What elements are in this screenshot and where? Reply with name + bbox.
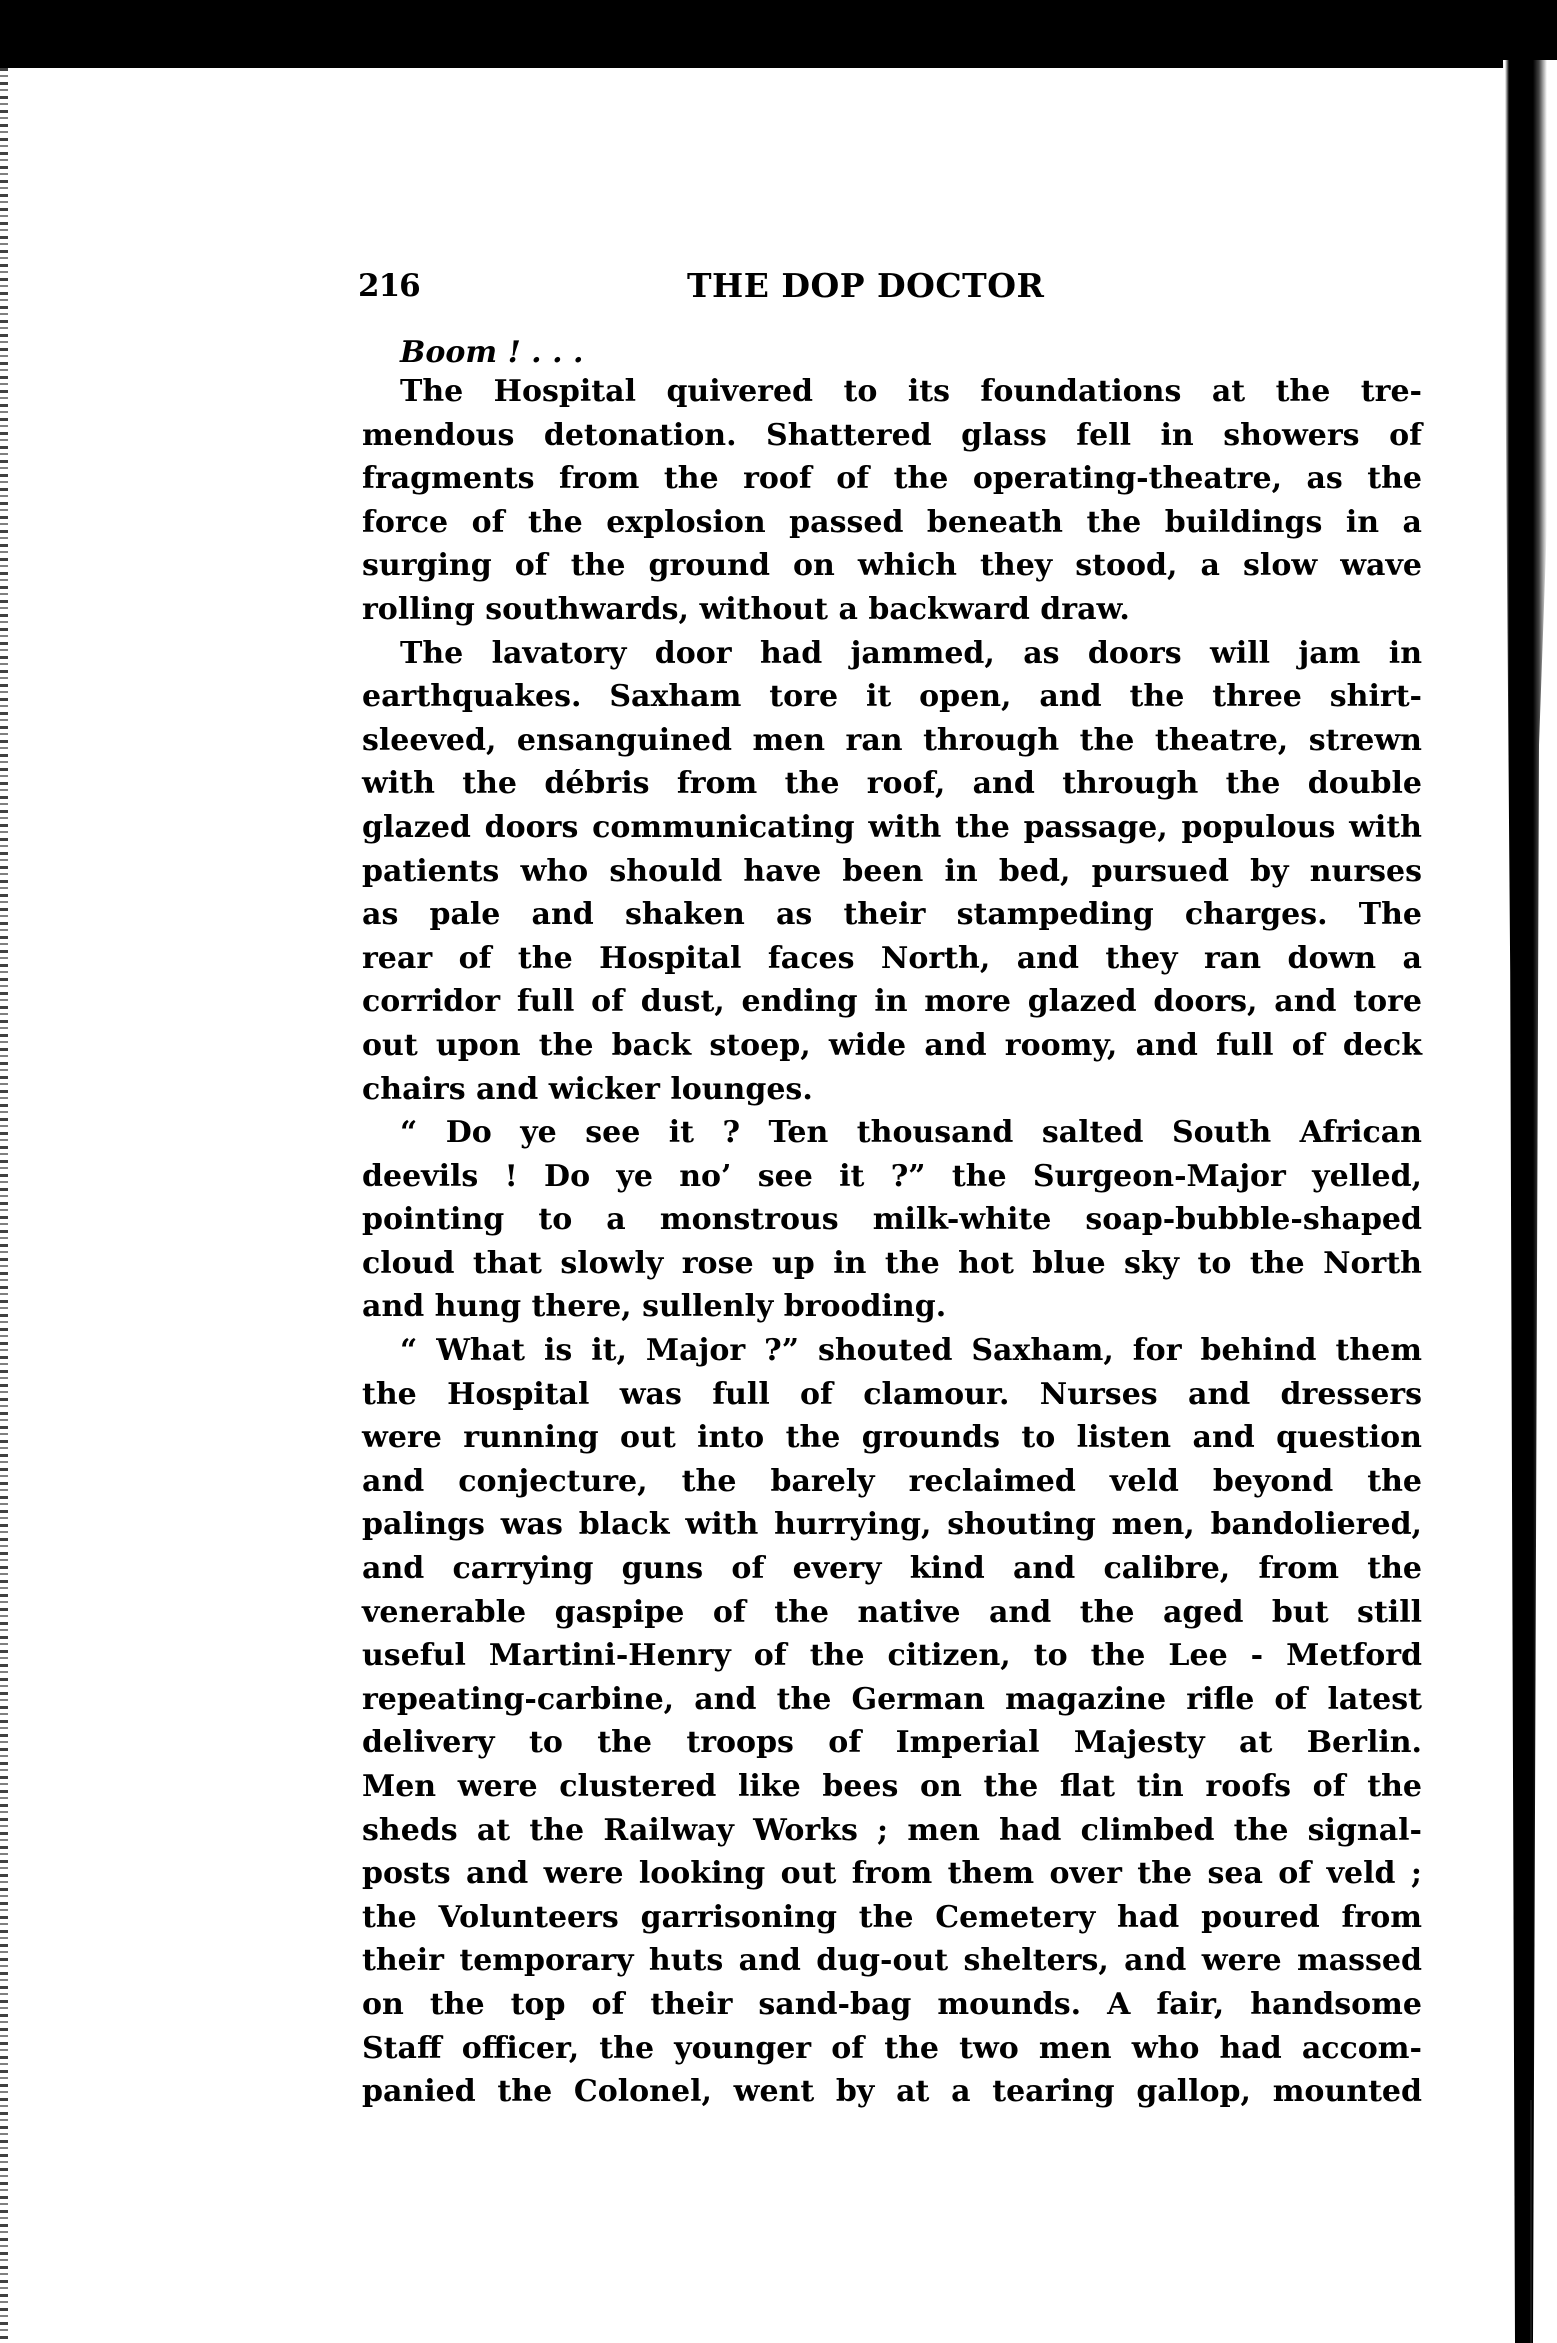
- page-number: 216: [358, 268, 420, 304]
- text-line: venerable gaspipe of the native and the …: [362, 1591, 1422, 1635]
- text-line: The lavatory door had jammed, as doors w…: [362, 632, 1422, 676]
- text-line: and carrying guns of every kind and cali…: [362, 1547, 1422, 1591]
- text-line: with the débris from the roof, and throu…: [362, 762, 1422, 806]
- text-line: on the top of their sand-bag mounds. A f…: [362, 1983, 1422, 2027]
- scan-right-edge-line: [1530, 2100, 1532, 2343]
- text-line: rolling southwards, without a backward d…: [362, 588, 1422, 632]
- text-line: “ Do ye see it ? Ten thousand salted Sou…: [362, 1111, 1422, 1155]
- running-head: 216 THE DOP DOCTOR: [362, 268, 1422, 308]
- text-line: surging of the ground on which they stoo…: [362, 544, 1422, 588]
- scan-left-edge-noise: [0, 68, 8, 2343]
- scan-top-border: [0, 0, 1557, 68]
- text-line: rear of the Hospital faces North, and th…: [362, 937, 1422, 981]
- text-line: as pale and shaken as their stampeding c…: [362, 893, 1422, 937]
- text-line: patients who should have been in bed, pu…: [362, 850, 1422, 894]
- running-title: THE DOP DOCTOR: [687, 266, 1044, 305]
- text-line: useful Martini-Henry of the citizen, to …: [362, 1634, 1422, 1678]
- text-line: The Hospital quivered to its foundations…: [362, 370, 1422, 414]
- text-line: the Volunteers garrisoning the Cemetery …: [362, 1896, 1422, 1940]
- page-body: Boom ! . . . The Hospital quivered to it…: [362, 336, 1422, 2114]
- opening-exclamation: Boom ! . . .: [362, 336, 1422, 370]
- text-line: the Hospital was full of clamour. Nurses…: [362, 1373, 1422, 1417]
- text-line: “ What is it, Major ?” shouted Saxham, f…: [362, 1329, 1422, 1373]
- text-line: fragments from the roof of the operating…: [362, 457, 1422, 501]
- scan-right-edge-shadow: [1497, 60, 1557, 2343]
- text-line: mendous detonation. Shattered glass fell…: [362, 414, 1422, 458]
- text-line: pointing to a monstrous milk-white soap-…: [362, 1198, 1422, 1242]
- text-line: cloud that slowly rose up in the hot blu…: [362, 1242, 1422, 1286]
- text-line: chairs and wicker lounges.: [362, 1068, 1422, 1112]
- text-line: sheds at the Railway Works ; men had cli…: [362, 1809, 1422, 1853]
- text-line: repeating-carbine, and the German magazi…: [362, 1678, 1422, 1722]
- text-line: and conjecture, the barely reclaimed vel…: [362, 1460, 1422, 1504]
- text-line: earthquakes. Saxham tore it open, and th…: [362, 675, 1422, 719]
- text-line: were running out into the grounds to lis…: [362, 1416, 1422, 1460]
- text-line: corridor full of dust, ending in more gl…: [362, 980, 1422, 1024]
- paragraph-1: The Hospital quivered to its foundations…: [362, 370, 1422, 632]
- paragraph-2: The lavatory door had jammed, as doors w…: [362, 632, 1422, 1112]
- text-line: and hung there, sullenly brooding.: [362, 1285, 1422, 1329]
- text-line: posts and were looking out from them ove…: [362, 1852, 1422, 1896]
- text-line: panied the Colonel, went by at a tearing…: [362, 2070, 1422, 2114]
- text-line: Staff officer, the younger of the two me…: [362, 2027, 1422, 2071]
- text-line: sleeved, ensanguined men ran through the…: [362, 719, 1422, 763]
- book-page: 216 THE DOP DOCTOR Boom ! . . . The Hosp…: [362, 268, 1422, 308]
- text-line: palings was black with hurrying, shoutin…: [362, 1503, 1422, 1547]
- text-line: their temporary huts and dug-out shelter…: [362, 1939, 1422, 1983]
- text-line: out upon the back stoep, wide and roomy,…: [362, 1024, 1422, 1068]
- paragraph-4: “ What is it, Major ?” shouted Saxham, f…: [362, 1329, 1422, 2114]
- text-line: deevils ! Do ye no’ see it ?” the Surgeo…: [362, 1155, 1422, 1199]
- text-line: delivery to the troops of Imperial Majes…: [362, 1721, 1422, 1765]
- text-line: force of the explosion passed beneath th…: [362, 501, 1422, 545]
- text-line: glazed doors communicating with the pass…: [362, 806, 1422, 850]
- text-line: Men were clustered like bees on the flat…: [362, 1765, 1422, 1809]
- paragraph-3: “ Do ye see it ? Ten thousand salted Sou…: [362, 1111, 1422, 1329]
